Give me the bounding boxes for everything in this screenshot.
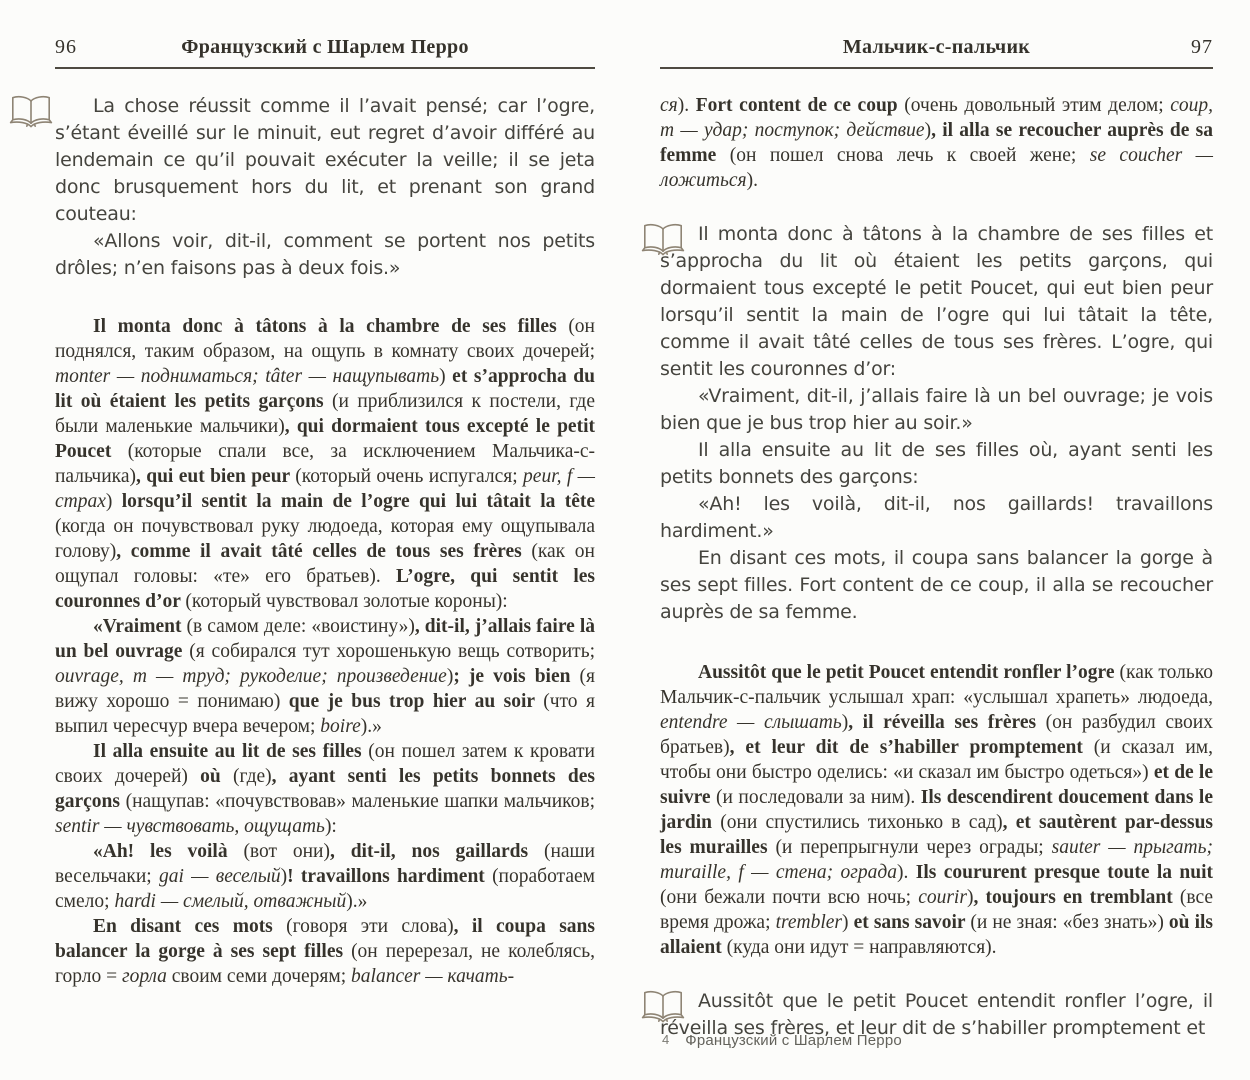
running-title: Мальчик-с-пальчик — [660, 36, 1213, 59]
page-right: Мальчик-с-пальчик 97 ся). Fort content d… — [625, 0, 1250, 1080]
gloss-text-block: Aussitôt que le petit Poucet entendit ro… — [660, 660, 1213, 960]
open-book-icon — [641, 222, 685, 258]
gloss-paragraph: Il alla ensuite au lit de ses filles (он… — [55, 739, 595, 839]
french-paragraph: Il alla ensuite au lit de ses filles où,… — [660, 437, 1213, 491]
open-book-icon — [9, 94, 53, 130]
gloss-paragraph: «Ah! les voilà (вот они), dit-il, nos ga… — [55, 839, 595, 914]
book-spread: 96 Французский с Шарлем Перро La chose r… — [0, 0, 1250, 1080]
gloss-paragraph: Il monta donc à tâtons à la chambre de s… — [55, 314, 595, 614]
running-head-right: Мальчик-с-пальчик 97 — [660, 36, 1213, 63]
french-paragraph: Il monta donc à tâtons à la chambre de s… — [660, 221, 1213, 383]
gloss-text-block: Il monta donc à tâtons à la chambre de s… — [55, 314, 595, 989]
page-left-content: La chose réussit comme il l’avait pensé;… — [55, 93, 595, 989]
open-book-icon — [641, 989, 685, 1025]
french-paragraph: «Vraiment, dit-il, j’allais faire là un … — [660, 383, 1213, 437]
page-left: 96 Французский с Шарлем Перро La chose r… — [0, 0, 625, 1080]
french-paragraph: En disant ces mots, il coupa sans balanc… — [660, 545, 1213, 626]
gloss-paragraph: ся). Fort content de ce coup (очень дово… — [660, 93, 1213, 193]
footer-series-title: Французский с Шарлем Перро — [685, 1032, 902, 1049]
running-title: Французский с Шарлем Перро — [55, 36, 595, 59]
french-paragraph: «Allons voir, dit-il, comment se portent… — [55, 228, 595, 282]
page-number: 97 — [1191, 36, 1213, 59]
gloss-paragraph: «Vraiment (в самом деле: «воистину»), di… — [55, 614, 595, 739]
french-paragraph: La chose réussit comme il l’avait pensé;… — [55, 93, 595, 228]
french-paragraph: «Ah! les voilà, dit-il, nos gaillards! t… — [660, 491, 1213, 545]
running-head-left: 96 Французский с Шарлем Перро — [55, 36, 595, 63]
header-rule — [55, 67, 595, 69]
header-rule — [660, 67, 1213, 69]
gloss-paragraph: Aussitôt que le petit Poucet entendit ro… — [660, 660, 1213, 960]
footer-signature-number: 4 — [662, 1032, 669, 1047]
page-right-content: ся). Fort content de ce coup (очень дово… — [660, 93, 1213, 1042]
gloss-paragraph: En disant ces mots (говоря эти слова), i… — [55, 914, 595, 989]
gloss-text-block: ся). Fort content de ce coup (очень дово… — [660, 93, 1213, 193]
french-text-block: Il monta donc à tâtons à la chambre de s… — [660, 221, 1213, 626]
page-footer: 4Французский с Шарлем Перро — [662, 1032, 902, 1050]
french-text-block: La chose réussit comme il l’avait pensé;… — [55, 93, 595, 282]
